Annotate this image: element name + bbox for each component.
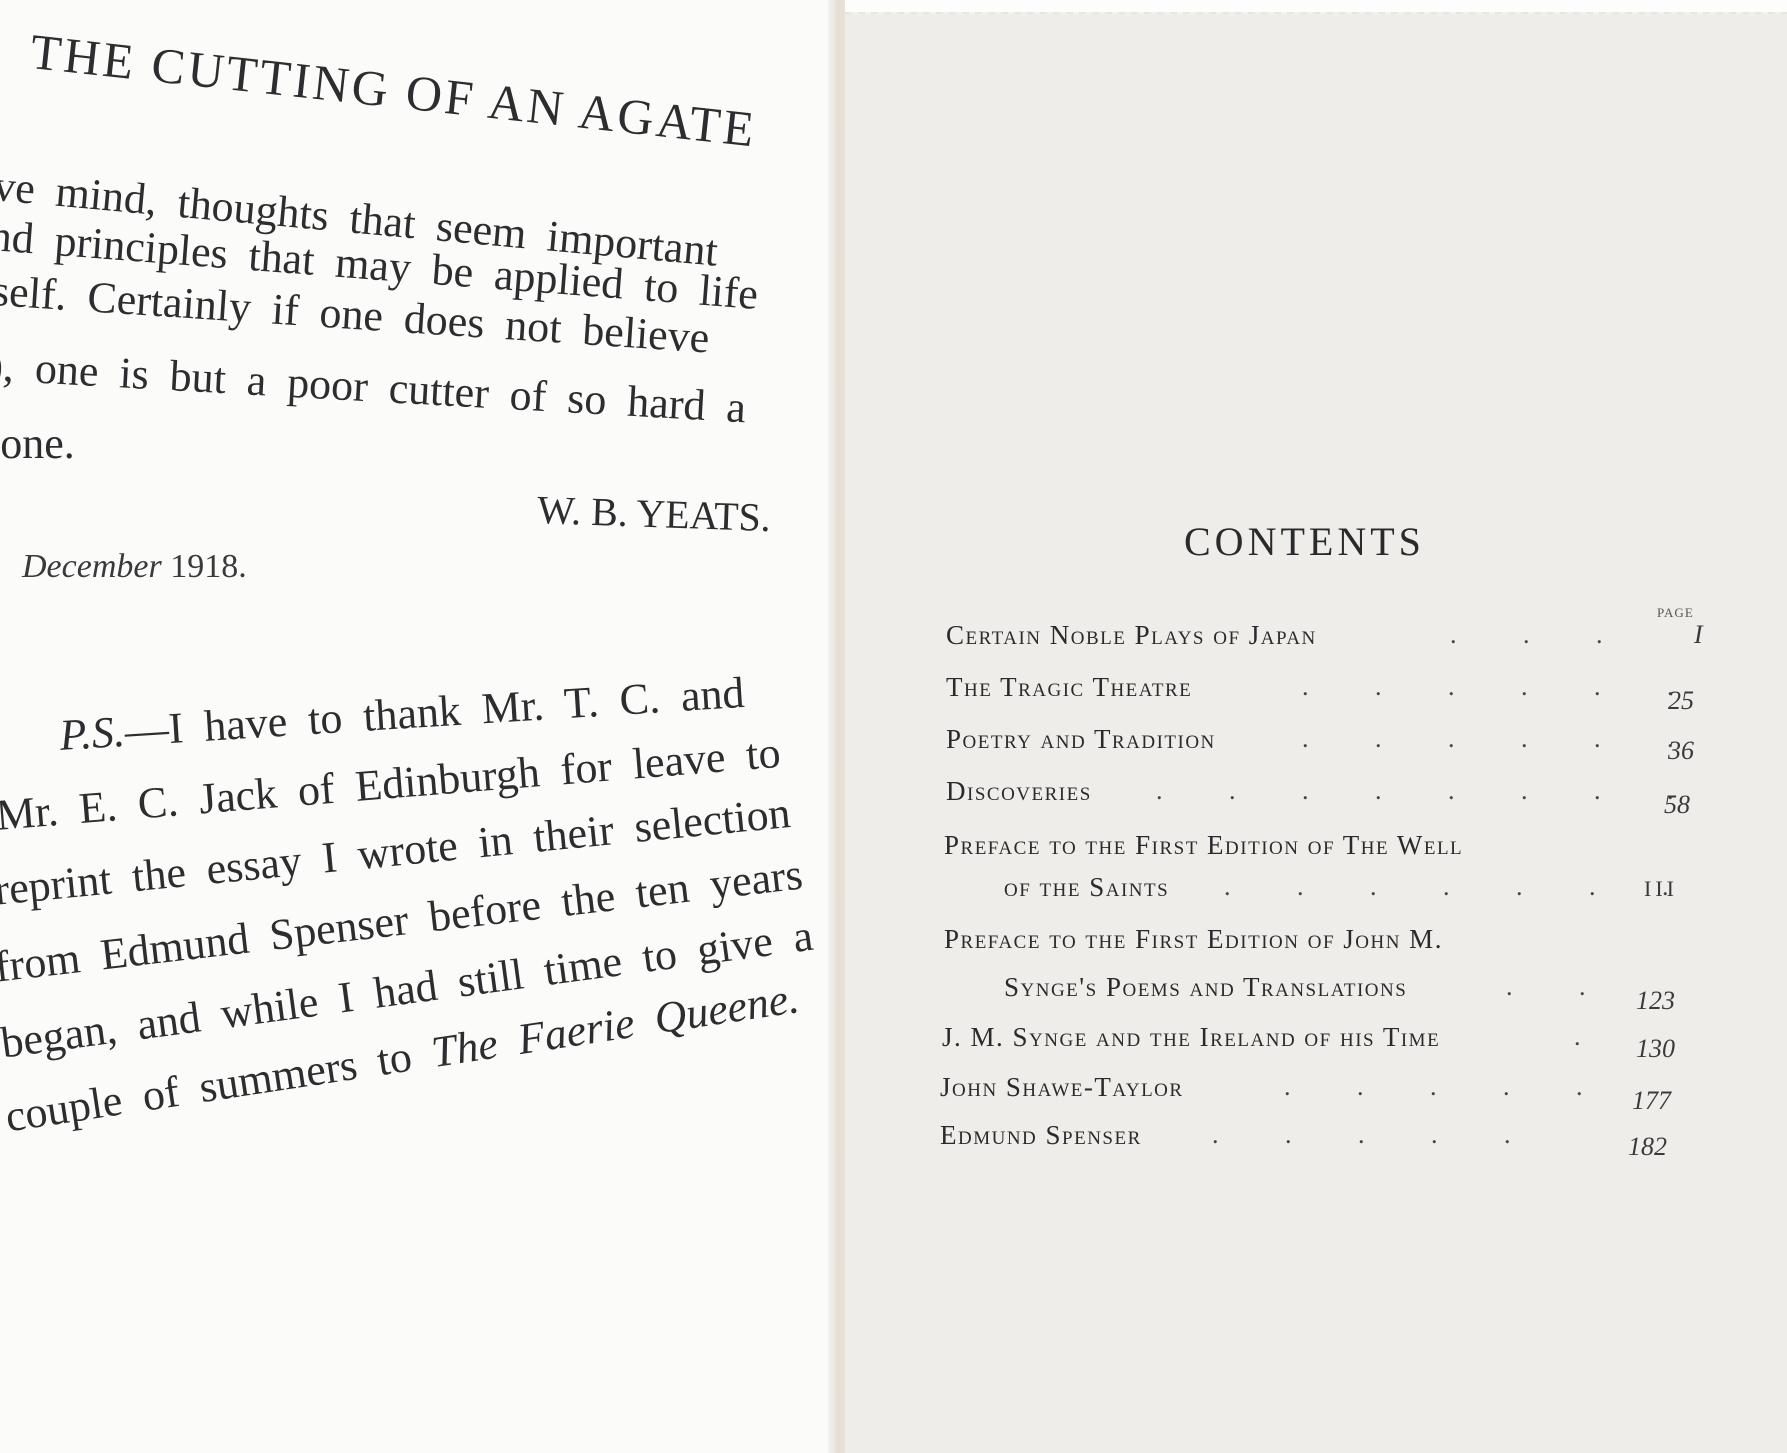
- toc-entry-continued: Synge's Poems and Translations . . 123: [0, 972, 1787, 1012]
- toc-title: The Tragic Theatre: [946, 672, 1192, 703]
- toc-page: 177: [1632, 1086, 1671, 1116]
- toc-entry: John Shawe-Taylor . . . . . 177: [0, 1072, 1787, 1112]
- toc-title: Synge's Poems and Translations: [1004, 972, 1407, 1003]
- toc-leader: . . . . .: [1284, 1072, 1613, 1102]
- date-year: 1918.: [162, 548, 247, 585]
- author-signature: W. B. YEATS.: [536, 486, 771, 541]
- toc-entry: Edmund Spenser . . . . . 182: [0, 1120, 1787, 1160]
- toc-leader: . . . . . . . .: [1156, 776, 1704, 806]
- toc-leader: .: [1574, 1022, 1611, 1052]
- toc-title: Edmund Spenser: [940, 1120, 1142, 1151]
- toc-page: 58: [1664, 790, 1690, 820]
- page-column-label: PAGE: [1657, 605, 1694, 621]
- toc-entry: Discoveries . . . . . . . . 58: [0, 776, 1787, 816]
- toc-title: John Shawe-Taylor: [940, 1072, 1184, 1103]
- text-line: tone.: [0, 418, 75, 469]
- toc-page: 130: [1636, 1034, 1675, 1064]
- toc-leader: . . . . . .: [1302, 724, 1704, 754]
- toc-title: Preface to the First Edition of The Well: [944, 830, 1463, 861]
- toc-leader: . .: [1506, 972, 1616, 1002]
- toc-page: III: [1644, 876, 1678, 902]
- toc-title: of the Saints: [1004, 872, 1169, 903]
- toc-entry: The Tragic Theatre . . . . . . 25: [0, 672, 1787, 712]
- toc-leader: . . . . . .: [1302, 672, 1704, 702]
- date-month: December: [22, 548, 162, 585]
- toc-leader: . . .: [1450, 620, 1633, 650]
- toc-title: Poetry and Tradition: [946, 724, 1216, 755]
- toc-leader: . . . . . . .: [1224, 872, 1699, 902]
- toc-title: Certain Noble Plays of Japan: [946, 620, 1317, 651]
- toc-title: Preface to the First Edition of John M.: [944, 924, 1443, 955]
- toc-entry: Preface to the First Edition of The Well: [0, 830, 1787, 870]
- toc-title: J. M. Synge and the Ireland of his Time: [942, 1022, 1440, 1053]
- toc-leader: . . . . .: [1212, 1120, 1541, 1150]
- toc-entry: J. M. Synge and the Ireland of his Time …: [0, 1022, 1787, 1062]
- toc-title: Discoveries: [946, 776, 1092, 807]
- toc-page: 36: [1668, 736, 1694, 766]
- toc-page: 123: [1636, 986, 1675, 1016]
- toc-page: 25: [1668, 686, 1694, 716]
- toc-page: 182: [1628, 1132, 1667, 1162]
- date: December 1918.: [22, 548, 247, 586]
- running-head: THE CUTTING OF AN AGATE: [28, 22, 760, 159]
- contents-heading: CONTENTS: [1184, 518, 1425, 565]
- toc-entry: Poetry and Tradition . . . . . . 36: [0, 724, 1787, 764]
- toc-entry: Certain Noble Plays of Japan . . . I: [0, 620, 1787, 660]
- toc-entry: Preface to the First Edition of John M.: [0, 924, 1787, 964]
- toc-entry-continued: of the Saints . . . . . . . III: [0, 872, 1787, 912]
- toc-page: I: [1694, 620, 1703, 650]
